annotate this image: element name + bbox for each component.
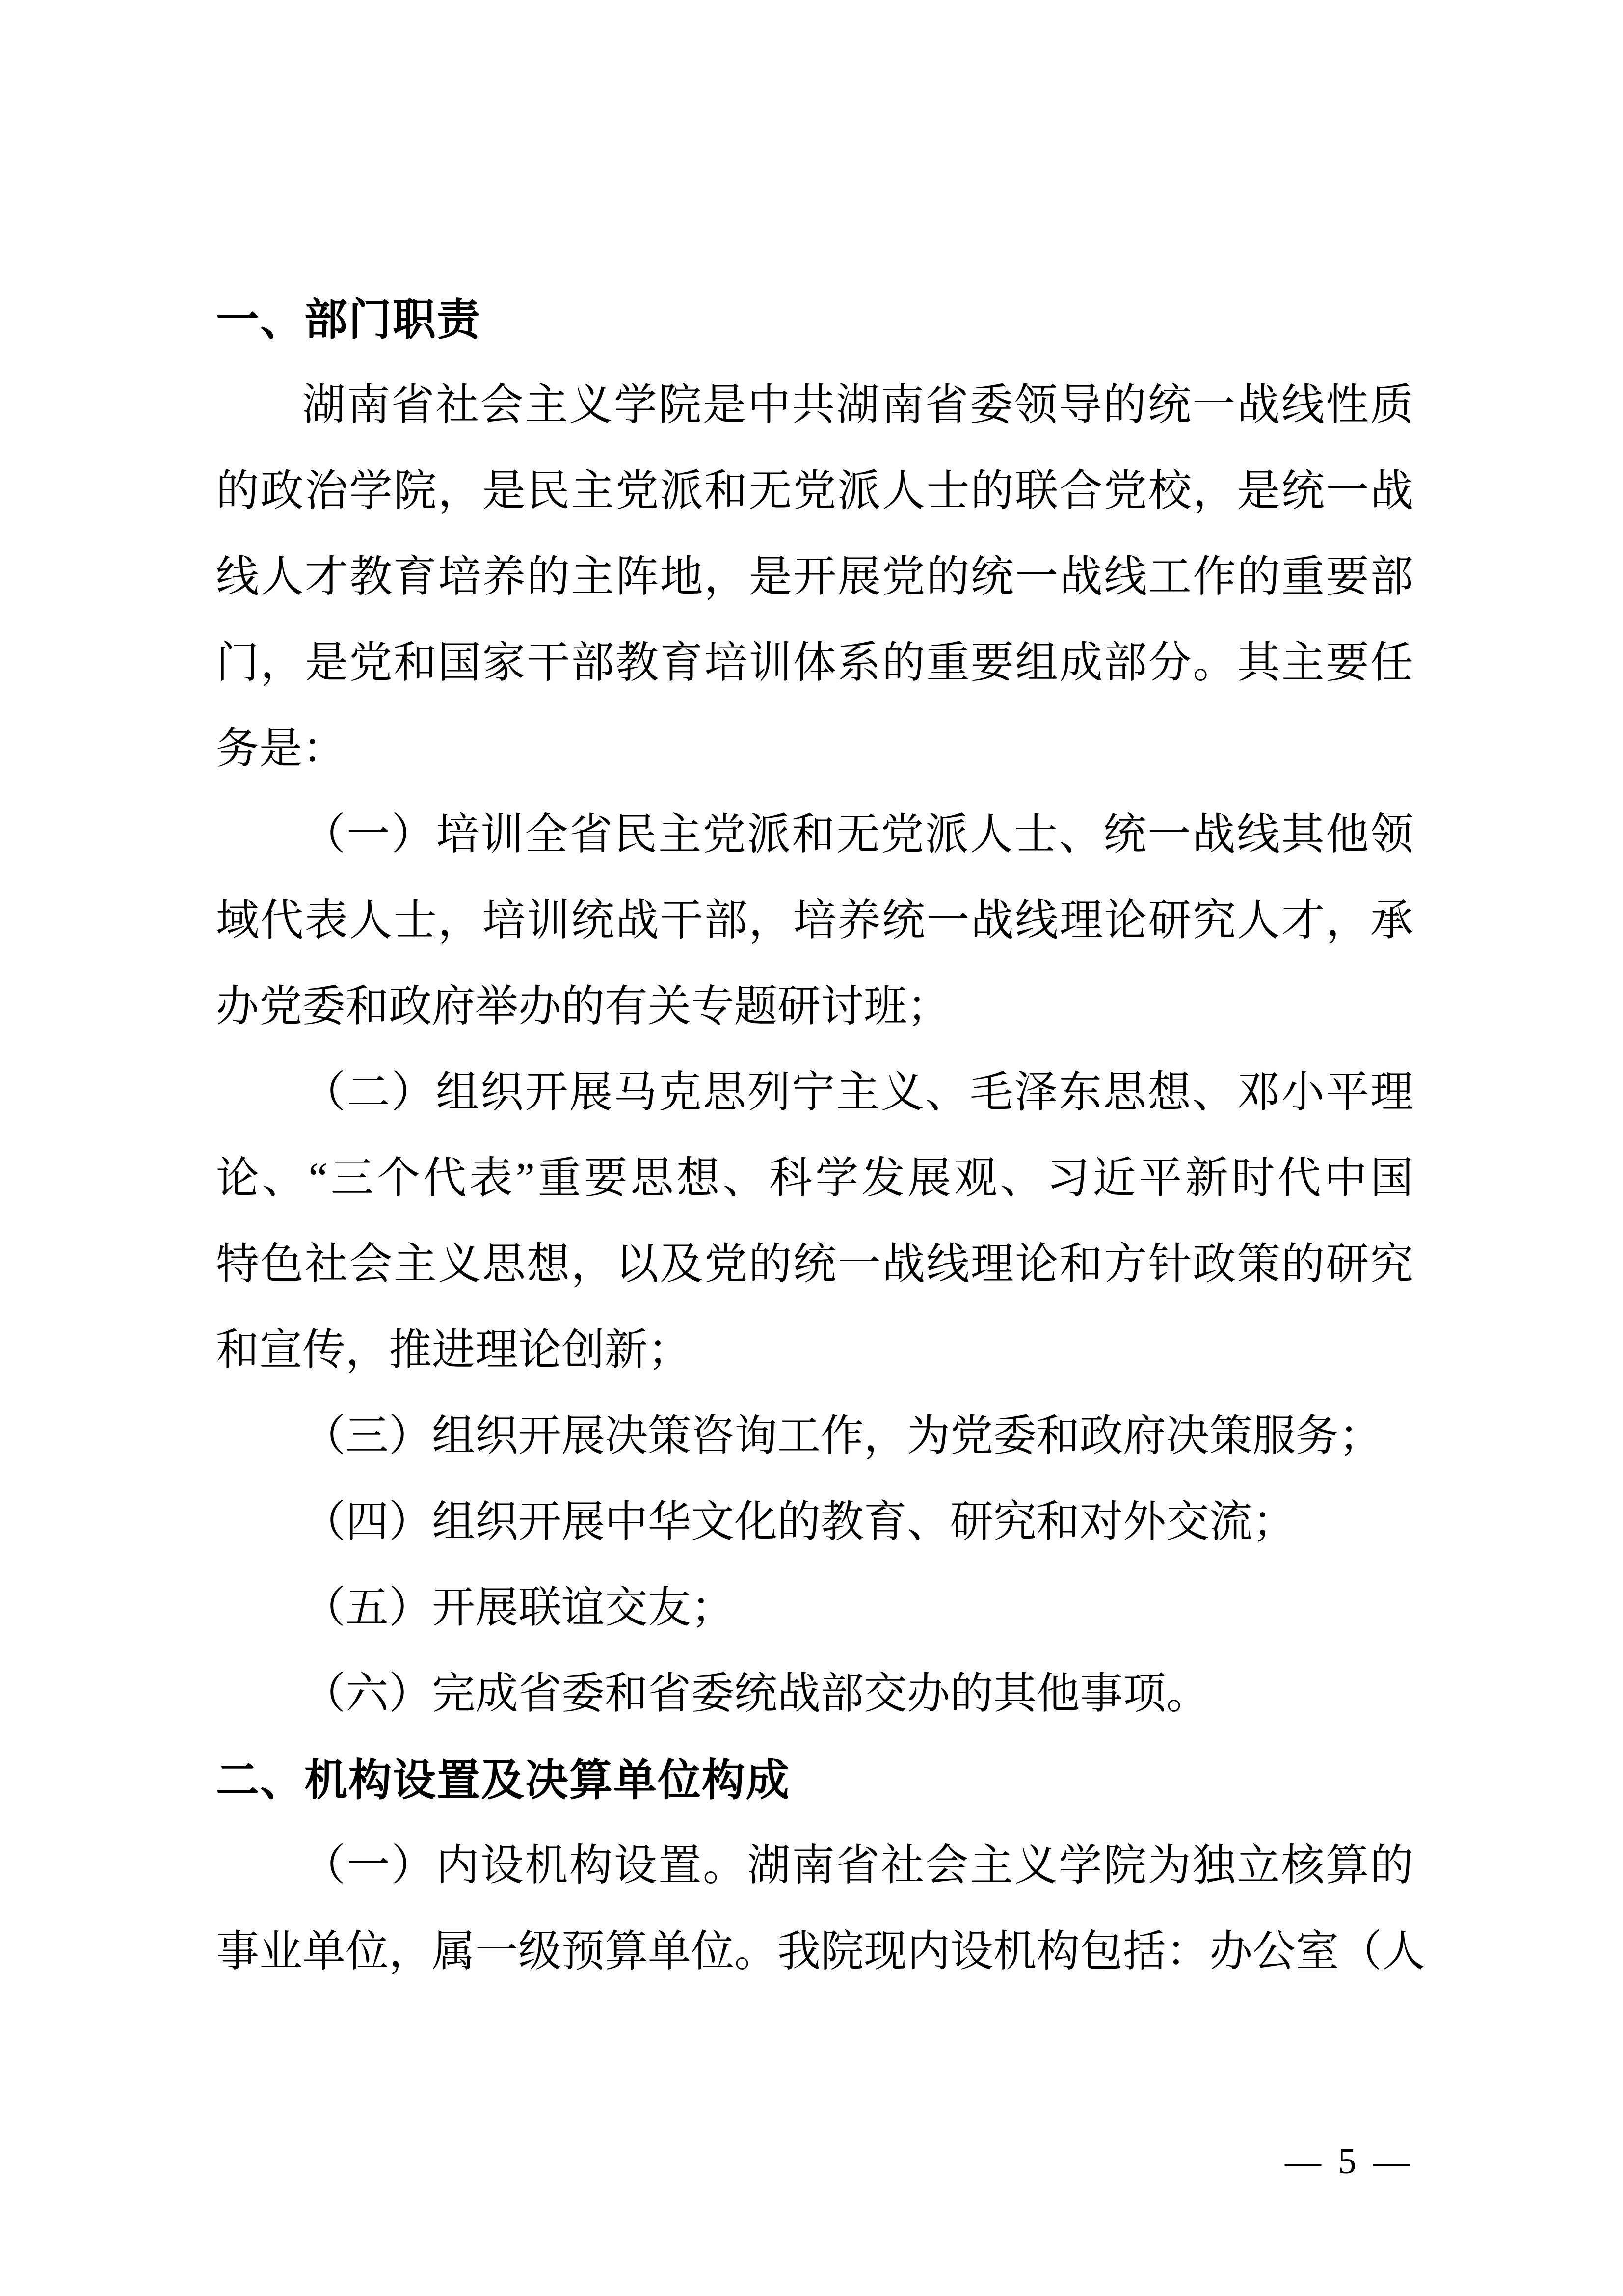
section-2-heading: 二、机构设置及决算单位构成 — [216, 1737, 1413, 1823]
task-item-5: （五）开展联谊交友； — [216, 1565, 1413, 1651]
para-intro-line-1: 湖南省社会主义学院是中共湖南省委领导的统一战线性质 — [216, 362, 1413, 448]
task-item-1-line-3: 办党委和政府举办的有关专题研讨班； — [216, 964, 1413, 1050]
task-item-2-line-4: 和宣传，推进理论创新； — [216, 1307, 1413, 1393]
task-item-1-line-2: 域代表人士，培训统战干部，培养统一战线理论研究人才，承 — [216, 878, 1413, 964]
task-item-1-line-1: （一）培训全省民主党派和无党派人士、统一战线其他领 — [216, 792, 1413, 878]
task-item-2-line-3: 特色社会主义思想，以及党的统一战线理论和方针政策的研究 — [216, 1221, 1413, 1307]
para-intro-line-5: 务是： — [216, 706, 1413, 792]
task-item-2-line-2: 论、“三个代表”重要思想、科学发展观、习近平新时代中国 — [216, 1135, 1413, 1221]
para-intro-line-2: 的政治学院，是民主党派和无党派人士的联合党校，是统一战 — [216, 448, 1413, 534]
task-item-3: （三）组织开展决策咨询工作，为党委和政府决策服务； — [216, 1393, 1413, 1479]
document-body: 一、部门职责 湖南省社会主义学院是中共湖南省委领导的统一战线性质 的政治学院，是… — [216, 276, 1413, 1995]
task-item-2-line-1: （二）组织开展马克思列宁主义、毛泽东思想、邓小平理 — [216, 1050, 1413, 1135]
task-item-4: （四）组织开展中华文化的教育、研究和对外交流； — [216, 1479, 1413, 1565]
page-number: — 5 — — [1285, 2134, 1413, 2188]
task-item-6: （六）完成省委和省委统战部交办的其他事项。 — [216, 1651, 1413, 1737]
para-structure-line-1: （一）内设机构设置。湖南省社会主义学院为独立核算的 — [216, 1823, 1413, 1909]
document-page: 一、部门职责 湖南省社会主义学院是中共湖南省委领导的统一战线性质 的政治学院，是… — [0, 0, 1623, 2296]
para-intro-line-3: 线人才教育培养的主阵地，是开展党的统一战线工作的重要部 — [216, 534, 1413, 620]
section-1-heading: 一、部门职责 — [216, 276, 1413, 362]
para-structure-line-2: 事业单位，属一级预算单位。我院现内设机构包括：办公室（人 — [216, 1909, 1413, 1995]
para-intro-line-4: 门，是党和国家干部教育培训体系的重要组成部分。其主要任 — [216, 620, 1413, 706]
